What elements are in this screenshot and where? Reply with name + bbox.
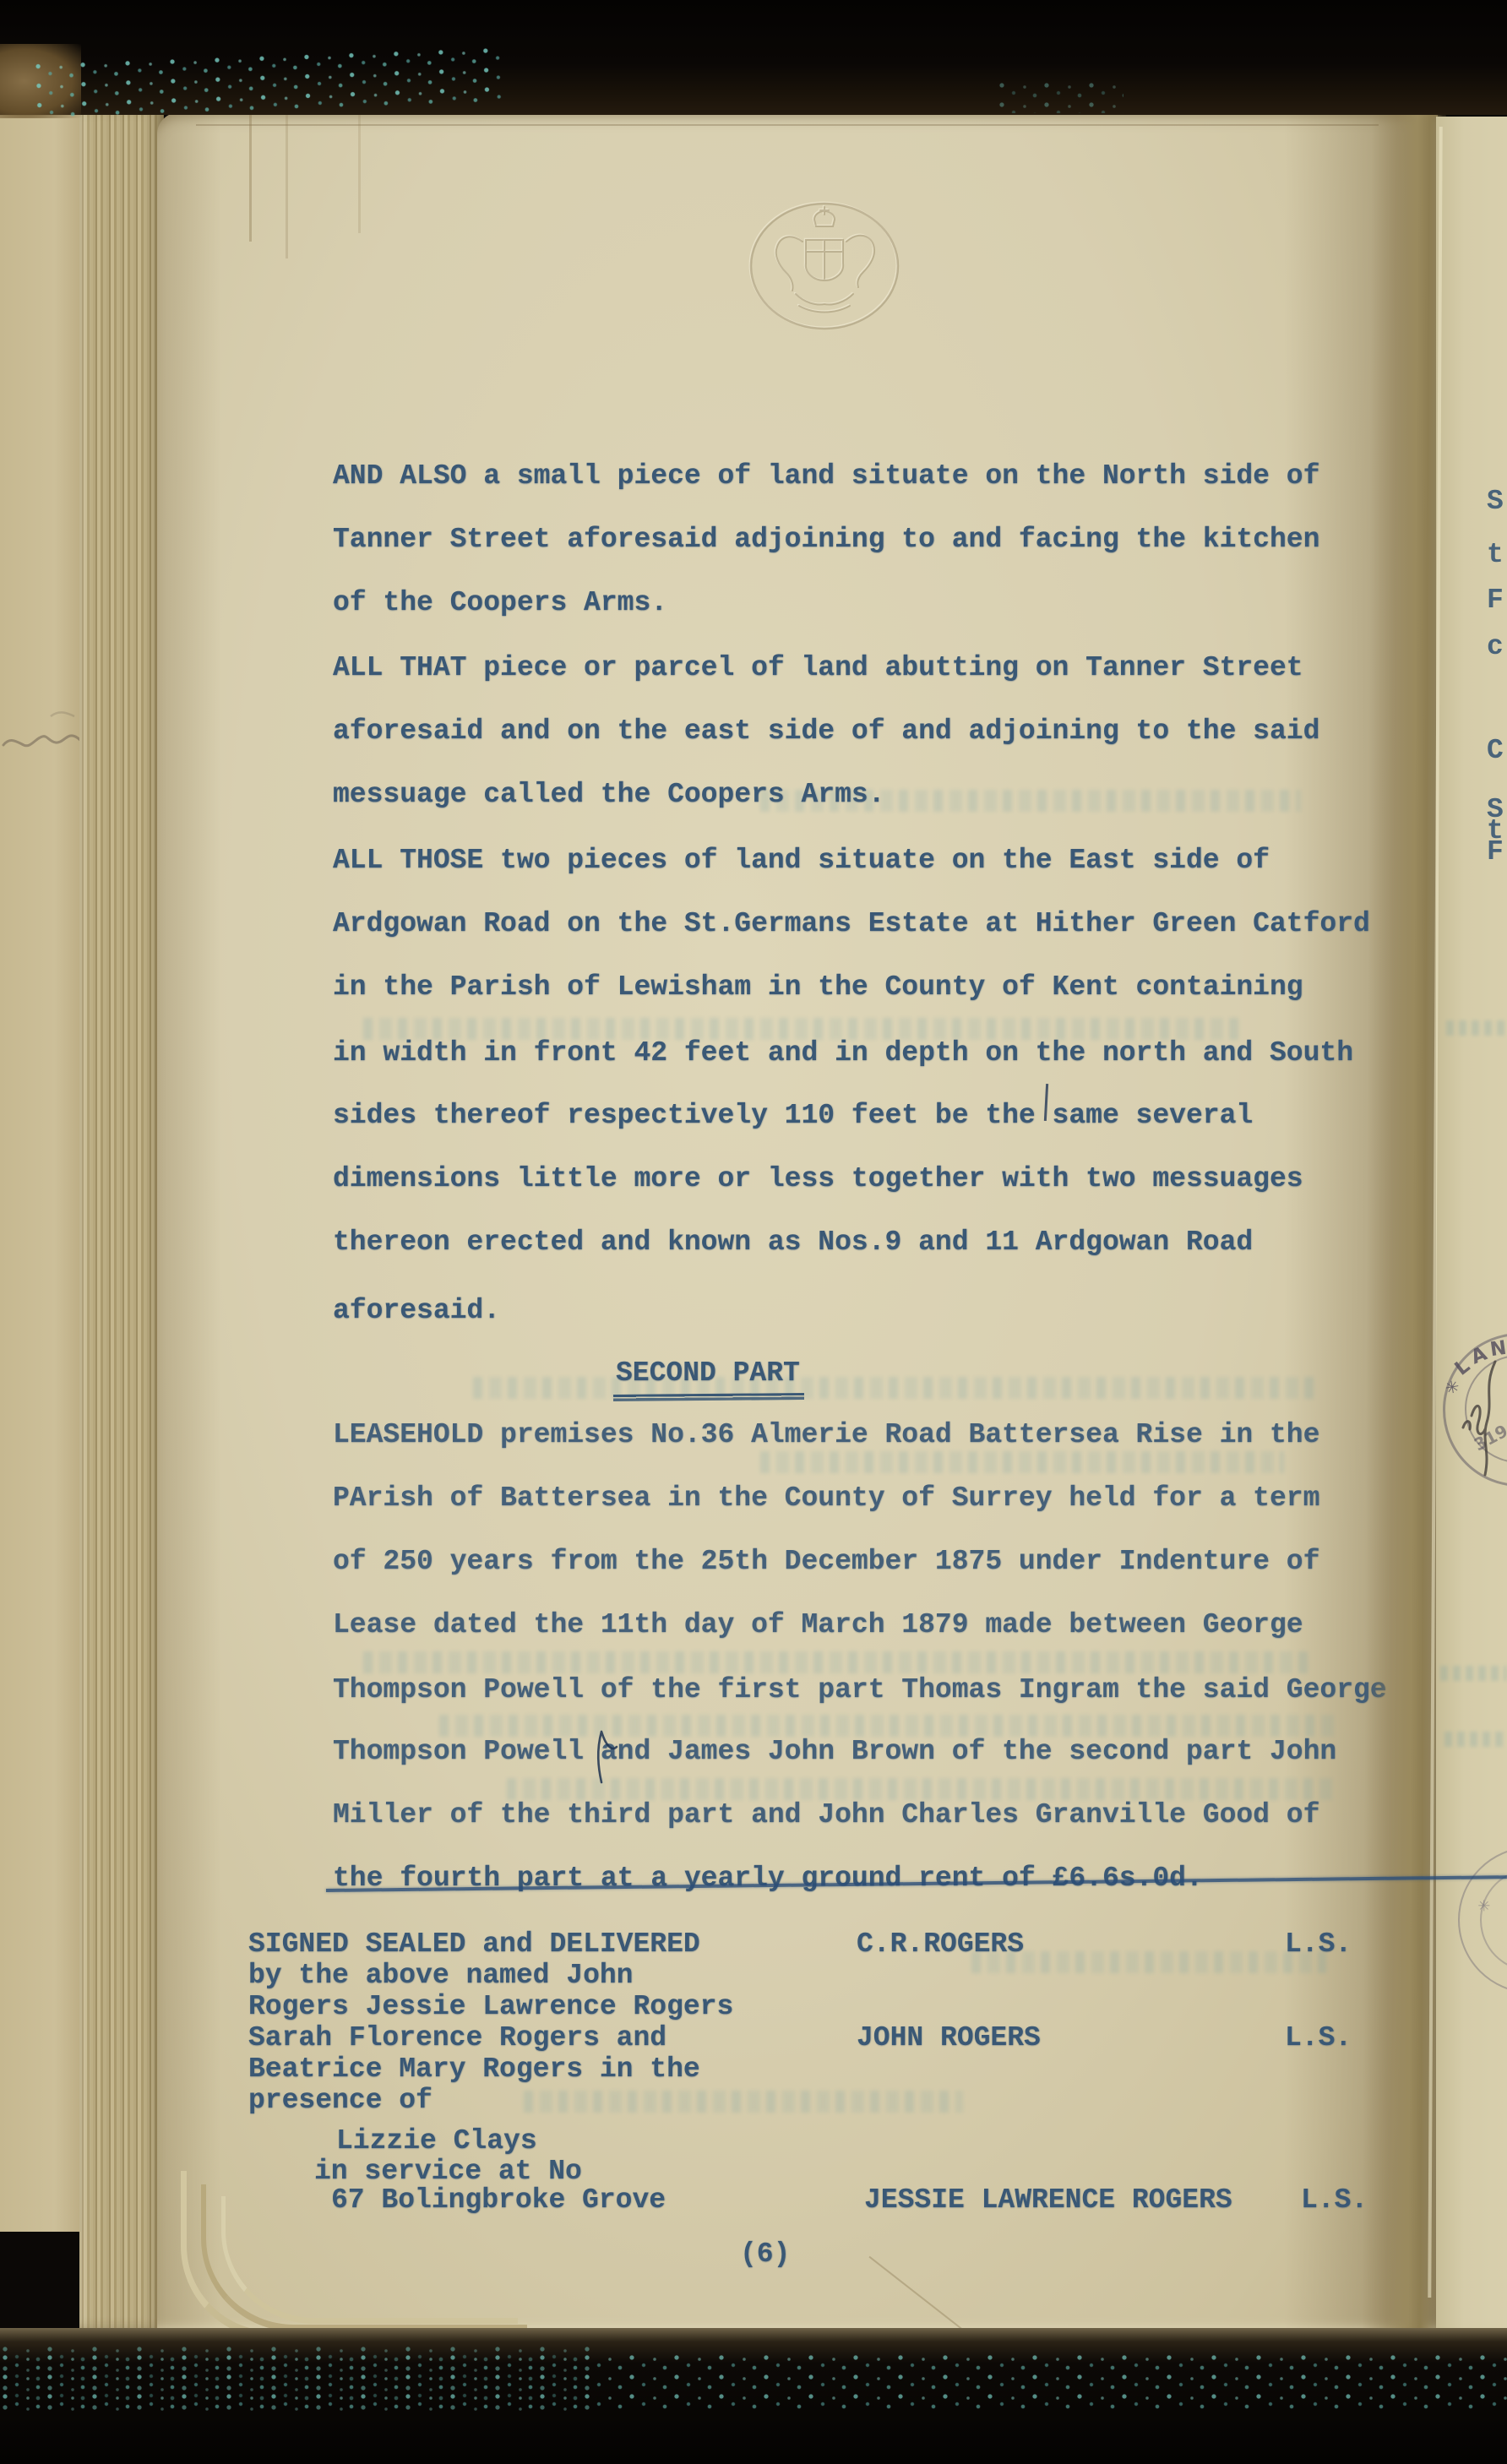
attestation-line: SIGNED SEALED and DELIVERED bbox=[248, 1928, 700, 1960]
bleed-through bbox=[1446, 1020, 1505, 1036]
embossed-royal-crest-icon bbox=[747, 199, 902, 333]
book-page-scan: AND ALSO a small piece of land situate o… bbox=[0, 0, 1507, 2464]
bleed-through bbox=[1444, 1732, 1507, 1747]
bleed-through bbox=[524, 2091, 963, 2113]
body-line: messuage called the Coopers Arms. bbox=[333, 779, 885, 810]
body-line: Thompson Powell and James John Brown of … bbox=[333, 1736, 1336, 1767]
page-number: (6) bbox=[740, 2238, 790, 2270]
body-line: thereon erected and known as Nos.9 and 1… bbox=[333, 1227, 1253, 1258]
bleed-through bbox=[760, 1451, 1284, 1473]
fold-line bbox=[358, 115, 361, 233]
witness-name: Lizzie Clays bbox=[336, 2125, 537, 2157]
body-line: sides thereof respectively 110 feet be t… bbox=[333, 1100, 1253, 1131]
edge-text-fragment: c bbox=[1487, 631, 1504, 662]
bleed-through bbox=[439, 1715, 1335, 1737]
insertion-caret-mark bbox=[591, 1730, 622, 1786]
body-line: PArish of Battersea in the County of Sur… bbox=[333, 1482, 1319, 1514]
seal-abbreviation: L.S. bbox=[1285, 2022, 1352, 2053]
body-line: in width in front 42 feet and in depth o… bbox=[333, 1037, 1353, 1069]
cover-speckles bbox=[997, 81, 1123, 113]
paper-crease bbox=[196, 124, 1379, 126]
edge-text-fragment: t bbox=[1487, 539, 1504, 570]
stamp-signature-scrawl bbox=[1451, 1357, 1507, 1492]
body-line: LEASEHOLD premises No.36 Almerie Road Ba… bbox=[333, 1419, 1319, 1450]
book-cover-top bbox=[0, 0, 1507, 115]
fold-line bbox=[249, 115, 252, 242]
body-line: Ardgowan Road on the St.Germans Estate a… bbox=[333, 908, 1370, 939]
body-line: AND ALSO a small piece of land situate o… bbox=[333, 460, 1319, 492]
edge-text-fragment: S bbox=[1487, 486, 1504, 517]
seal-abbreviation: L.S. bbox=[1285, 1928, 1352, 1960]
bleed-through bbox=[971, 1951, 1326, 1973]
body-line: Thompson Powell of the first part Thomas… bbox=[333, 1674, 1387, 1705]
body-line: aforesaid and on the east side of and ad… bbox=[333, 715, 1319, 747]
edge-text-fragment: F bbox=[1487, 585, 1504, 616]
signature-name: JESSIE LAWRENCE ROGERS bbox=[864, 2184, 1232, 2216]
cover-speckles bbox=[0, 2345, 591, 2412]
signature-name: C.R.ROGERS bbox=[857, 1928, 1024, 1960]
body-line: in the Parish of Lewisham in the County … bbox=[333, 971, 1303, 1003]
stacked-page-corner bbox=[221, 2196, 518, 2324]
body-line: Miller of the third part and John Charle… bbox=[333, 1799, 1319, 1830]
body-line: dimensions little more or less together … bbox=[333, 1163, 1303, 1194]
fold-line bbox=[286, 115, 288, 258]
cover-speckles bbox=[33, 46, 508, 122]
attestation-line: Sarah Florence Rogers and bbox=[248, 2022, 666, 2053]
stacked-page-edges bbox=[79, 108, 164, 2330]
bleed-through bbox=[1440, 1666, 1507, 1681]
signature-name: JOHN ROGERS bbox=[857, 2022, 1041, 2053]
attestation-line: by the above named John bbox=[248, 1960, 633, 1991]
body-line: of 250 years from the 25th December 1875… bbox=[333, 1546, 1319, 1577]
attestation-line: Beatrice Mary Rogers in the bbox=[248, 2053, 700, 2085]
bleed-through bbox=[473, 1377, 1318, 1399]
body-line: ALL THAT piece or parcel of land abuttin… bbox=[333, 652, 1303, 683]
section-heading: SECOND PART bbox=[616, 1357, 800, 1389]
edge-text-fragment: C bbox=[1487, 735, 1504, 766]
body-line: Lease dated the 11th day of March 1879 m… bbox=[333, 1609, 1303, 1640]
body-line: of the Coopers Arms. bbox=[333, 587, 667, 618]
body-line: aforesaid. bbox=[333, 1295, 500, 1326]
bleed-through bbox=[507, 1778, 1335, 1800]
attestation-line: Rogers Jessie Lawrence Rogers bbox=[248, 1991, 733, 2022]
body-line: ALL THOSE two pieces of land situate on … bbox=[333, 845, 1270, 876]
attestation-line: presence of bbox=[248, 2085, 433, 2116]
bleed-through bbox=[363, 1651, 1309, 1673]
edge-text-fragment: F bbox=[1487, 836, 1504, 868]
book-cover-bottom bbox=[0, 2328, 1507, 2464]
next-page-edge bbox=[1436, 117, 1507, 2333]
seal-abbreviation: L.S. bbox=[1301, 2184, 1368, 2216]
body-line: Tanner Street aforesaid adjoining to and… bbox=[333, 524, 1319, 555]
